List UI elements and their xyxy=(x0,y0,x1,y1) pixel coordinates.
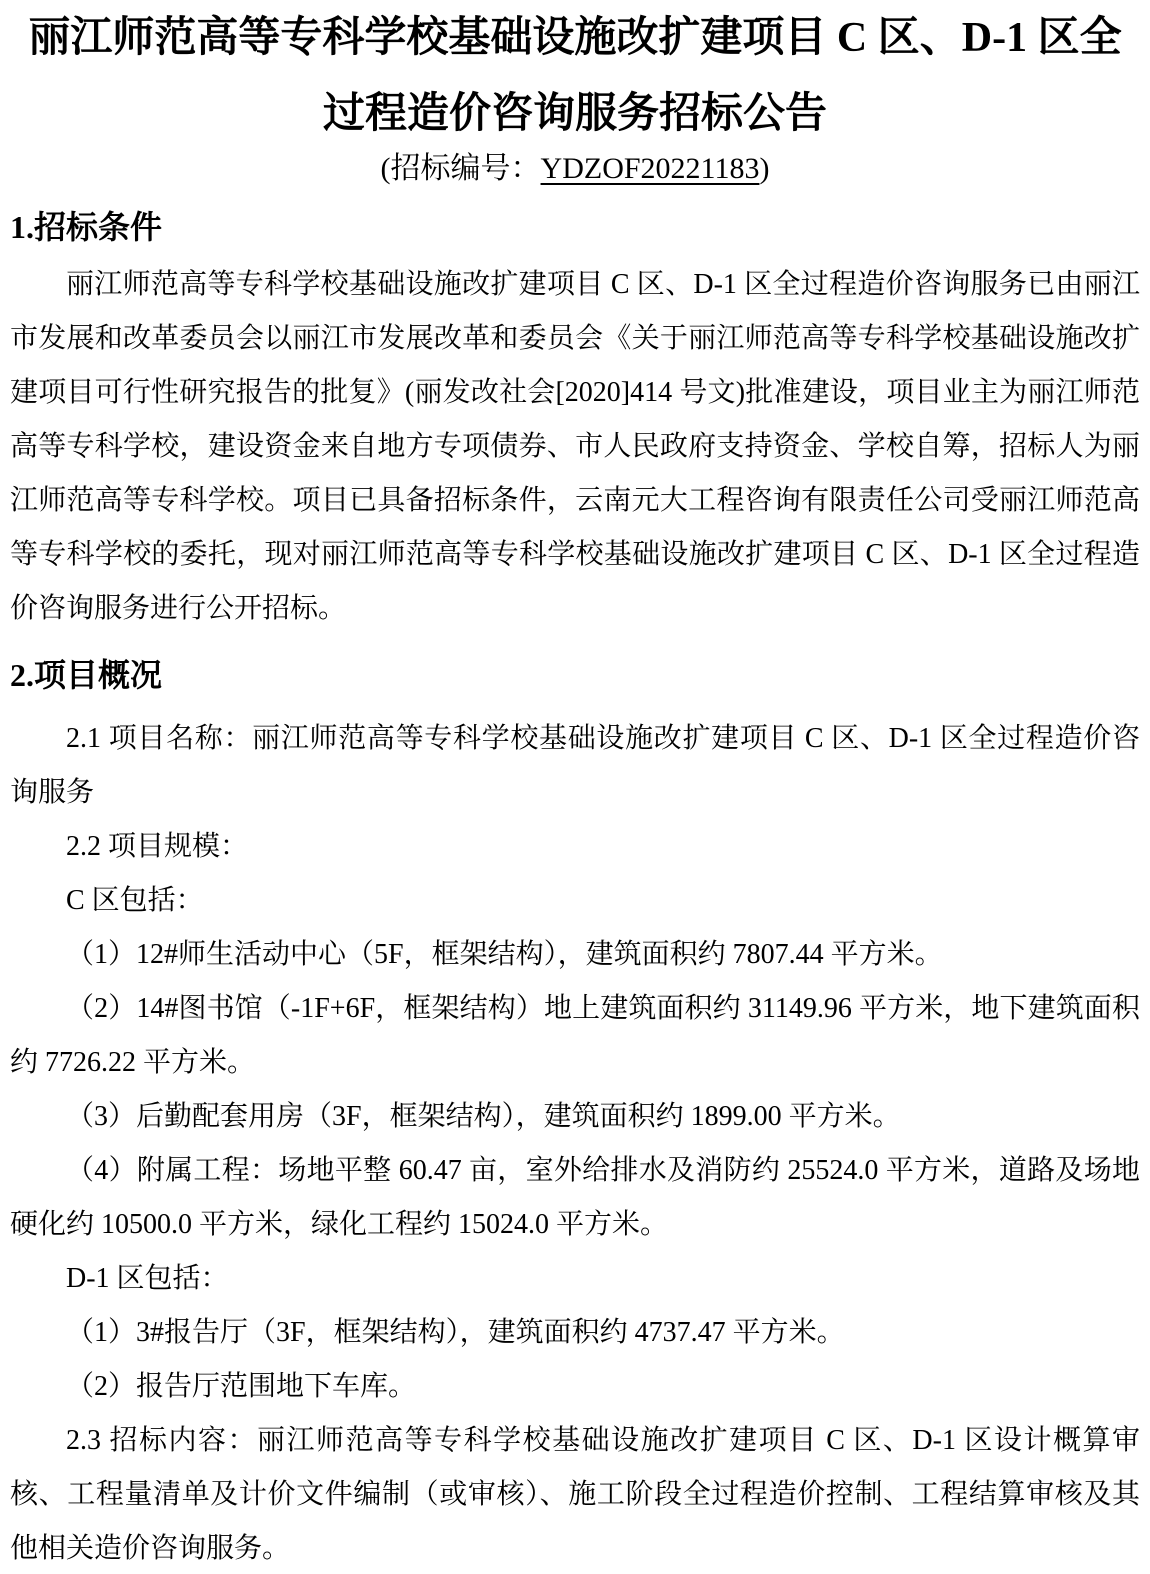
paragraph-zone-c-item-4: （4）附属工程：场地平整 60.47 亩，室外给排水及消防约 25524.0 平… xyxy=(10,1144,1140,1252)
paragraph-zone-d1-item-1: （1）3#报告厅（3F，框架结构），建筑面积约 4737.47 平方米。 xyxy=(10,1306,1140,1360)
tender-number-prefix: (招标编号： xyxy=(381,152,541,185)
document-title: 丽江师范高等专科学校基础设施改扩建项目 C 区、D-1 区全过程造价咨询服务招标… xyxy=(10,0,1140,152)
paragraph-zone-d1-item-2: （2）报告厅范围地下车库。 xyxy=(10,1360,1140,1414)
paragraph-tender-content: 2.3 招标内容：丽江师范高等专科学校基础设施改扩建项目 C 区、D-1 区设计… xyxy=(10,1414,1140,1574)
section-1-heading: 1.招标条件 xyxy=(10,204,1140,250)
paragraph-zone-c-item-2: （2）14#图书馆（-1F+6F，框架结构）地上建筑面积约 31149.96 平… xyxy=(10,982,1140,1090)
document-page: 丽江师范高等专科学校基础设施改扩建项目 C 区、D-1 区全过程造价咨询服务招标… xyxy=(0,0,1150,1574)
section-1-paragraph: 丽江师范高等专科学校基础设施改扩建项目 C 区、D-1 区全过程造价咨询服务已由… xyxy=(10,258,1140,636)
paragraph-zone-c-item-1: （1）12#师生活动中心（5F，框架结构），建筑面积约 7807.44 平方米。 xyxy=(10,928,1140,982)
paragraph-project-name: 2.1 项目名称：丽江师范高等专科学校基础设施改扩建项目 C 区、D-1 区全过… xyxy=(10,712,1140,820)
tender-number-suffix: ) xyxy=(759,152,769,185)
paragraph-zone-d1-label: D-1 区包括： xyxy=(10,1252,1140,1306)
section-2-heading: 2.项目概况 xyxy=(10,652,1140,698)
paragraph-zone-c-label: C 区包括： xyxy=(10,874,1140,928)
paragraph-project-scale: 2.2 项目规模： xyxy=(10,820,1140,874)
tender-number-value: YDZOF20221183 xyxy=(541,152,760,185)
paragraph-zone-c-item-3: （3）后勤配套用房（3F，框架结构），建筑面积约 1899.00 平方米。 xyxy=(10,1090,1140,1144)
tender-number-line: (招标编号：YDZOF20221183) xyxy=(10,148,1140,190)
